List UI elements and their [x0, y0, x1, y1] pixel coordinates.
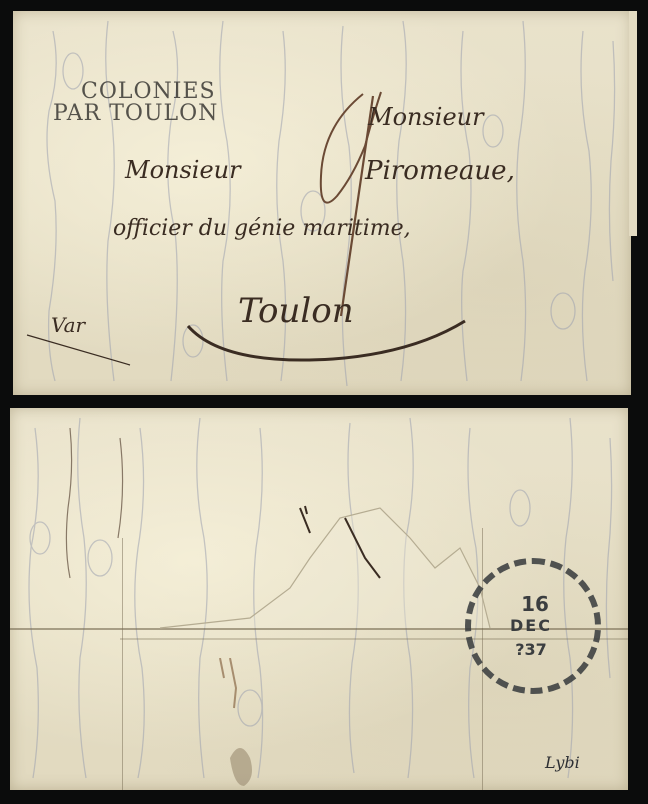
address-line-1-name: Piromeaue,: [365, 156, 515, 186]
department-underline: [25, 329, 135, 369]
datestamp-month: DEC: [501, 616, 561, 635]
datestamp-day: 16: [515, 592, 555, 616]
handstamp-line-2: PAR TOULON: [53, 103, 218, 125]
stain: [210, 658, 270, 788]
handstamp-line-1: COLONIES: [75, 81, 218, 103]
letter-back: 16 DEC ?37 Lybi: [10, 408, 628, 790]
seal-remnant: [160, 478, 500, 638]
circular-datestamp: 16 DEC ?37: [465, 558, 601, 694]
datestamp-year: ?37: [501, 640, 561, 659]
address-line-1-prefix: Monsieur: [125, 156, 241, 184]
address-line-2: officier du génie maritime,: [113, 216, 411, 241]
colonies-handstamp: COLONIES PAR TOULON: [75, 81, 218, 125]
letter-front: COLONIES PAR TOULON Monsieur Monsieur Pi…: [13, 11, 631, 395]
city-underline-flourish: [183, 311, 473, 371]
fold-line: [122, 538, 123, 790]
pencil-note: Lybi: [545, 753, 580, 772]
address-salutation: Monsieur: [368, 103, 484, 131]
